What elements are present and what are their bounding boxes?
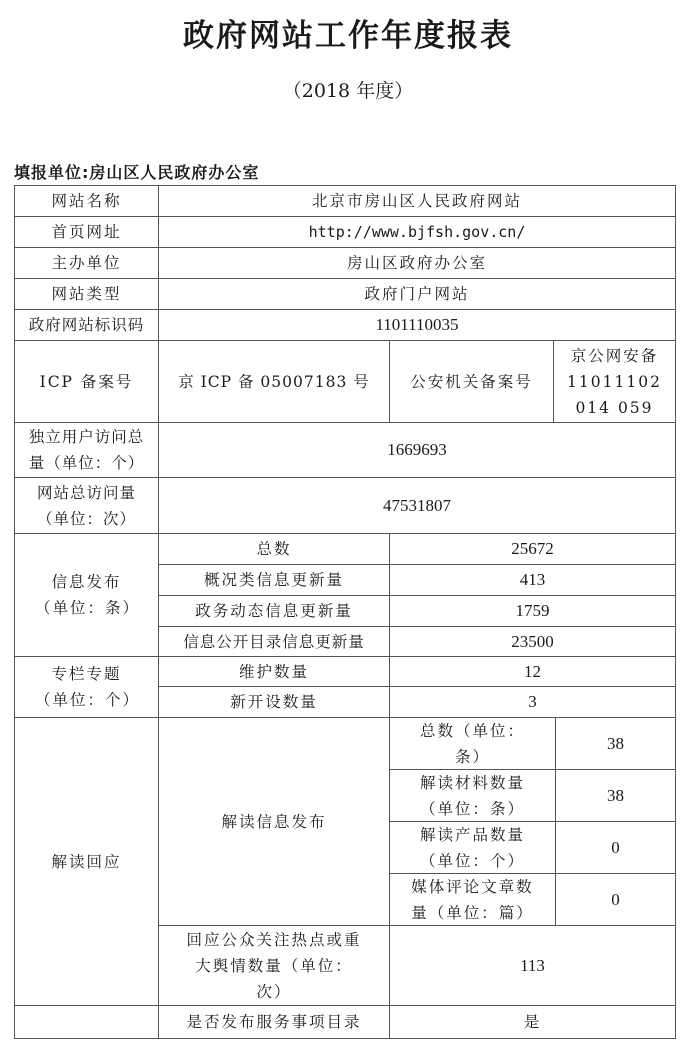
label-icp: ICP 备案号 (14, 340, 159, 423)
interp-row-value: 0 (555, 821, 676, 874)
value-police-record: 京公网安备 11011102014 059 (553, 340, 676, 423)
value-icp: 京 ICP 备 05007183 号 (158, 340, 390, 423)
label-interpretation-publish: 解读信息发布 (158, 717, 390, 926)
label-site-name: 网站名称 (14, 185, 159, 217)
info-row-value: 413 (389, 564, 676, 596)
interp-row-value: 0 (555, 873, 676, 926)
interp-row-value: 38 (555, 717, 676, 770)
info-row-value: 23500 (389, 626, 676, 657)
columns-row-label: 维护数量 (158, 656, 390, 687)
interp-row-label: 解读产品数量（单位：个） (389, 821, 556, 874)
label-total-visits: 网站总访问量（单位：次） (14, 477, 159, 534)
label-homepage: 首页网址 (14, 216, 159, 248)
label-site-type: 网站类型 (14, 278, 159, 310)
empty-cell (14, 1005, 159, 1039)
report-title: 政府网站工作年度报表 (0, 10, 696, 55)
value-homepage: http://www.bjfsh.gov.cn/ (158, 216, 676, 248)
label-interpretation: 解读回应 (14, 717, 159, 1006)
interp-row-label: 总数（单位：条） (389, 717, 556, 770)
value-response: 113 (389, 925, 676, 1006)
label-service-catalog: 是否发布服务事项目录 (158, 1005, 390, 1039)
value-site-id: 1101110035 (158, 309, 676, 341)
value-unique-visitors: 1669693 (158, 422, 676, 478)
info-row-value: 1759 (389, 595, 676, 627)
info-row-label: 政务动态信息更新量 (158, 595, 390, 627)
info-row-label: 概况类信息更新量 (158, 564, 390, 596)
value-site-type: 政府门户网站 (158, 278, 676, 310)
value-site-name: 北京市房山区人民政府网站 (158, 185, 676, 217)
info-row-label: 信息公开目录信息更新量 (158, 626, 390, 657)
report-year: （2018 年度） (0, 76, 696, 103)
label-sponsor: 主办单位 (14, 247, 159, 279)
label-site-id: 政府网站标识码 (14, 309, 159, 341)
value-sponsor: 房山区政府办公室 (158, 247, 676, 279)
label-unique-visitors: 独立用户访问总量（单位：个） (14, 422, 159, 478)
value-total-visits: 47531807 (158, 477, 676, 534)
label-response: 回应公众关注热点或重大舆情数量（单位：次） (158, 925, 390, 1006)
interp-row-label: 媒体评论文章数量（单位：篇） (389, 873, 556, 926)
info-row-value: 25672 (389, 533, 676, 565)
label-columns: 专栏专题（单位：个） (14, 656, 159, 718)
columns-row-value: 12 (389, 656, 676, 687)
label-police-record: 公安机关备案号 (389, 340, 554, 423)
columns-row-value: 3 (389, 686, 676, 718)
columns-row-label: 新开设数量 (158, 686, 390, 718)
interp-row-value: 38 (555, 769, 676, 822)
value-service-catalog: 是 (389, 1005, 676, 1039)
info-row-label: 总数 (158, 533, 390, 565)
filing-unit: 填报单位:房山区人民政府办公室 (14, 160, 259, 183)
interp-row-label: 解读材料数量（单位：条） (389, 769, 556, 822)
label-info-publish: 信息发布（单位：条） (14, 533, 159, 657)
